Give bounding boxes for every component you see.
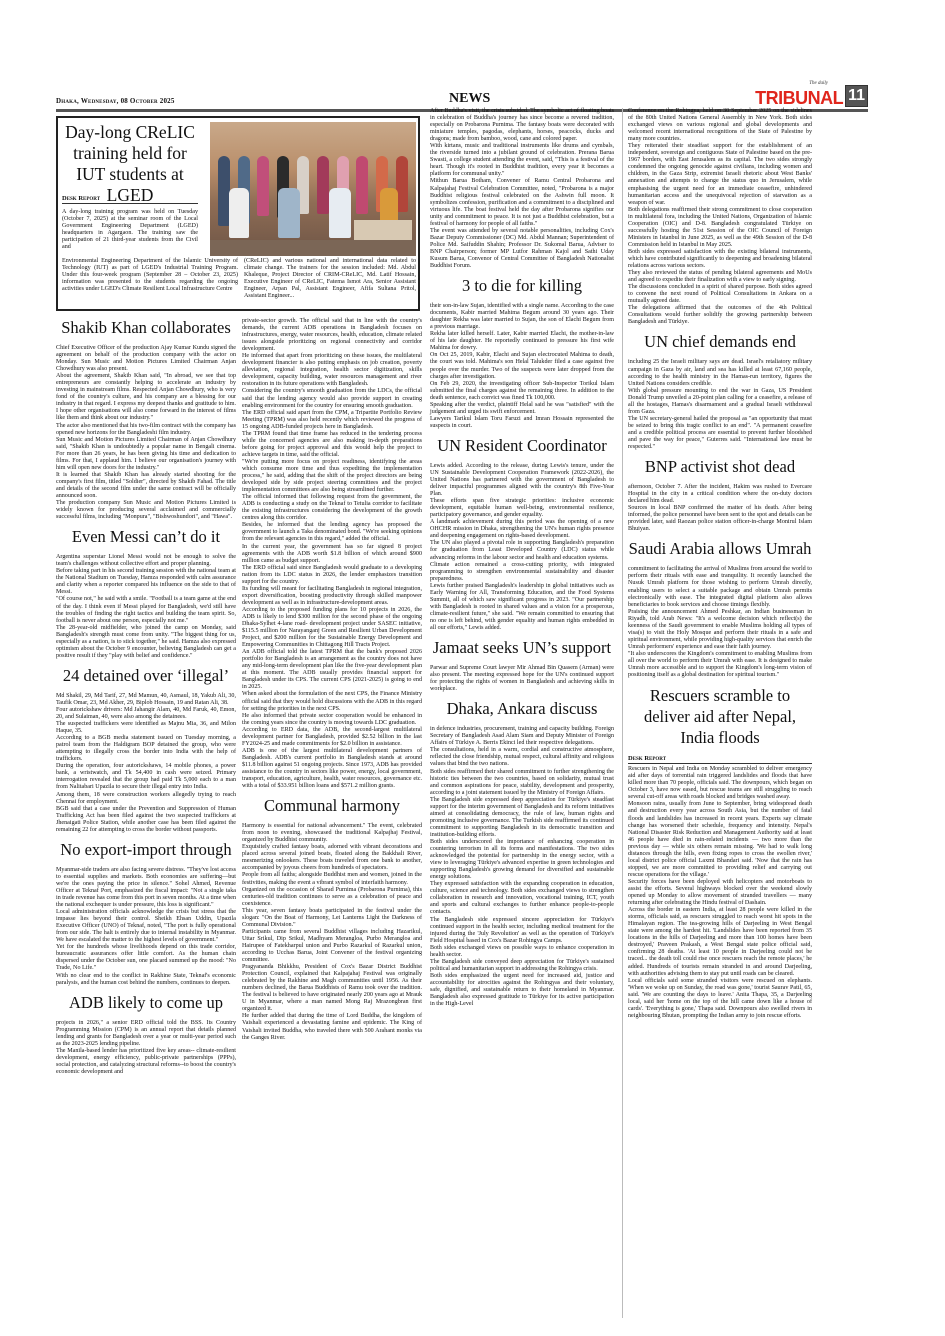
paragraph: The official informed that following req… (242, 494, 422, 522)
paragraph: Praising the announcement Ahmed Peshkar,… (628, 609, 812, 651)
paragraph: Parwar and Supreme Court lawyer Mir Ahma… (430, 665, 614, 693)
paragraph: Local officials said some stranded visit… (628, 978, 812, 1020)
paragraph: On Feb 29, 2020, the investigating offic… (430, 381, 614, 402)
paragraph: The UN also played a pivotal role in sup… (430, 540, 614, 561)
paragraph: The Bangladesh side expressed sincere ap… (430, 917, 614, 945)
paragraph: Both sides underscored the importance of… (430, 839, 614, 881)
paragraph: The Manila-based lender has prioritized … (56, 1048, 236, 1076)
paragraph: Across the border in eastern India, at l… (628, 907, 812, 977)
paragraph: their son-in-law Sujan, identified with … (430, 303, 614, 331)
paragraph: Both sides expressed satisfaction with t… (628, 249, 812, 270)
paragraph: Pragyananda Bhikkhu, President of Cox's … (242, 964, 422, 1013)
paragraph: Both sides reaffirmed their shared commi… (430, 769, 614, 797)
paragraph: The delegations affirmed that the outcom… (628, 305, 812, 326)
paragraph: The UN secretary-general hailed the prop… (628, 416, 812, 451)
paragraph: Exquisitely crafted fantasy boats, adorn… (242, 844, 422, 872)
paragraph: Chief Executive Officer of the productio… (56, 345, 236, 373)
paragraph: He informed that apart from prioritizing… (242, 353, 422, 388)
paragraph: When asked about the formulation of the … (242, 691, 422, 712)
column-2: private-sector growth. The official said… (242, 318, 422, 1042)
tribunal-logo: The daily TRIBUNAL 11 (755, 85, 868, 107)
paragraph: Rekha later killed herself. Later, Kabir… (430, 331, 614, 352)
newspaper-page: Dhaka, Wednesday, 08 October 2025 NEWS T… (56, 86, 868, 112)
paragraph: Organized on the occasion of Sharad Purn… (242, 887, 422, 908)
feature-article-crelic: Day-long CReLIC training held for IUT st… (56, 116, 420, 311)
paragraph: In the current year, the government has … (242, 544, 422, 565)
feature-photo (210, 122, 416, 256)
paragraph: Before taking part in his second trainin… (56, 568, 236, 596)
paragraph: BGB said that a case under the Preventio… (56, 806, 236, 834)
feature-body-bottom-right: (CReLIC) and various national and intern… (244, 258, 416, 300)
paragraph: Sources in local BNP confirmed the matte… (628, 505, 812, 533)
headline-adb: ADB likely to come up (56, 993, 236, 1013)
section-title: NEWS (449, 91, 490, 107)
column-1: Shakib Khan collaborates Chief Executive… (56, 316, 236, 1076)
feature-byline: Desk Report (62, 195, 198, 204)
paragraph: The event was attended by several notabl… (430, 228, 614, 270)
logo-wordmark: TRIBUNAL (755, 89, 843, 107)
paragraph: Considering the country's smooth graduat… (242, 388, 422, 409)
feature-headline: Day-long CReLIC training held for IUT st… (62, 122, 198, 206)
paragraph: The suspected traffickers were identifie… (56, 721, 236, 735)
paragraph: They also reviewed the status of pending… (628, 270, 812, 284)
paragraph: projects in 2026," a senior ERD official… (56, 1020, 236, 1048)
paragraph: commitment to facilitating the arrival o… (628, 566, 812, 608)
paragraph: According to a BGB media statement issue… (56, 735, 236, 763)
paragraph: The Bangladesh side expressed deep appre… (430, 797, 614, 839)
page-number: 11 (845, 85, 868, 107)
paragraph: "We're putting more focus on project rea… (242, 459, 422, 494)
paragraph: private-sector growth. The official said… (242, 318, 422, 353)
headline-messi: Even Messi can’t do it (56, 527, 236, 547)
paragraph: About the agreement, Shakib Khan said, "… (56, 373, 236, 422)
paragraph: "It also underscores the Kingdom's commi… (628, 651, 812, 679)
paragraph: Conference on the Rohingya, held on 30 S… (628, 108, 812, 143)
paragraph: Security forces have been deployed with … (628, 879, 812, 907)
feature-body-bottom-left: Environmental Engineering Department of … (62, 258, 238, 293)
paragraph: The 28-year-old midfielder, who joined t… (56, 625, 236, 660)
paragraph: Both delegations reaffirmed their strong… (628, 207, 812, 249)
paragraph: Speaking after the verdict, plaintiff He… (430, 402, 614, 416)
headline-harmony: Communal harmony (242, 796, 422, 816)
paragraph: Climate action remained a cross-cutting … (430, 562, 614, 583)
paragraph: People from all faiths; alongside Buddhi… (242, 872, 422, 886)
paragraph: Sun Music and Motion Pictures Limited Ch… (56, 437, 236, 472)
paragraph: Mithun Barua Botham, Convener of Ramu Ce… (430, 178, 614, 227)
floods-byline: Desk Report (628, 755, 812, 764)
headline-umrah: Saudi Arabia allows Umrah (628, 539, 812, 559)
paragraph: He further added that during the time of… (242, 1013, 422, 1041)
paragraph: ADB is one of the largest multilateral d… (242, 748, 422, 790)
paragraph: Local administration officials acknowled… (56, 909, 236, 944)
logo-tagline: The daily (809, 81, 828, 86)
paragraph: afternoon, October 7. After the incident… (628, 484, 812, 505)
paragraph: Four autorickshaw drivers: Md Jahangir A… (56, 707, 236, 721)
paragraph: They expressed satisfaction with the exp… (430, 881, 614, 916)
column-divider (622, 108, 623, 1318)
paragraph: With no clear end to the conflict in Rak… (56, 973, 236, 987)
paragraph: After Buddha's visit, the crisis subside… (430, 108, 614, 143)
headline-shakib: Shakib Khan collaborates (56, 318, 236, 338)
paragraph: With global pressure mounting to end the… (628, 388, 812, 416)
paragraph: "Of course not," he said with a smile. "… (56, 596, 236, 624)
headline-jamaat: Jamaat seeks UN’s support (430, 638, 614, 658)
feature-body-top: A day-long training program was held on … (62, 209, 198, 251)
headline-bnp: BNP activist shot dead (628, 457, 812, 477)
paragraph: Both sides exchanged views on possible w… (430, 945, 614, 959)
paragraph: They reiterated their steadfast support … (628, 143, 812, 206)
paragraph: The discussions concluded in a spirit of… (628, 284, 812, 305)
paragraph: The Bangladesh side conveyed deep apprec… (430, 959, 614, 973)
paragraph: in defence industries, procurement, trai… (430, 726, 614, 747)
headline-floods: Rescuers scramble to deliver aid after N… (628, 685, 812, 748)
paragraph: The production company Sun Music and Mot… (56, 500, 236, 521)
paragraph: The consultations, held in a warm, cordi… (430, 747, 614, 768)
paragraph: A landmark achievement during this perio… (430, 519, 614, 540)
headline-detained: 24 detained over ‘illegal’ (56, 666, 236, 686)
paragraph: Participants came from several Buddhist … (242, 929, 422, 964)
paragraph: During the operation, four autorickshaws… (56, 763, 236, 791)
paragraph: Rescuers in Nepal and India on Monday sc… (628, 766, 812, 801)
headline-killing: 3 to die for killing (430, 276, 614, 296)
paragraph: The TPRM found that time frame has reduc… (242, 431, 422, 459)
paragraph: Myanmar-side traders are also facing sev… (56, 867, 236, 909)
column-4: Conference on the Rohingya, held on 30 S… (628, 108, 812, 1020)
paragraph: Lawyers Tarikul Islam Toru Faruzi and Im… (430, 416, 614, 430)
paragraph: Among them, 18 were construction workers… (56, 792, 236, 806)
paragraph: Harmony is essential for national advanc… (242, 823, 422, 844)
paragraph: With kirtans, music and traditional inst… (430, 143, 614, 178)
paragraph: Its funding will meant for facilitating … (242, 586, 422, 607)
paragraph: Lewis added. According to the release, d… (430, 463, 614, 498)
paragraph: Lewis further praised Bangladesh's leade… (430, 583, 614, 632)
paragraph: The actor also mentioned that his two-fi… (56, 423, 236, 437)
paragraph: These efforts span five strategic priori… (430, 498, 614, 519)
paragraph: According to ERD data, the ADB, the seco… (242, 727, 422, 748)
headline-export: No export-import through (56, 840, 236, 860)
headline-un-chief: UN chief demands end (628, 332, 812, 352)
paragraph: Besides, he informed that the lending ag… (242, 522, 422, 543)
paragraph: Both sides emphasized the urgent need fo… (430, 973, 614, 1008)
dateline: Dhaka, Wednesday, 08 October 2025 (56, 97, 175, 105)
headline-un-rc: UN Resident Coordinator (430, 436, 614, 456)
paragraph: This year, seven fantasy boats participa… (242, 908, 422, 929)
headline-dhaka-ankara: Dhaka, Ankara discuss (430, 699, 614, 719)
column-3: After Buddha's visit, the crisis subside… (430, 108, 614, 1008)
paragraph: Monsoon rains, usually from June to Sept… (628, 801, 812, 879)
paragraph: Yet for the hundreds whose livelihoods d… (56, 944, 236, 972)
paragraph: Md Shakil, 29, Md Tarif, 27, Md Mamun, 4… (56, 693, 236, 707)
paragraph: It is learned that Shakib Khan has alrea… (56, 472, 236, 500)
paragraph: including 25 the Israeli military says a… (628, 359, 812, 387)
paragraph: According to the proposed funding plans … (242, 607, 422, 649)
paragraph: The ERD official said since Bangladesh w… (242, 565, 422, 586)
paragraph: He also informed that private sector coo… (242, 713, 422, 727)
paragraph: An ADB official told the latest TPRM tha… (242, 649, 422, 691)
paragraph: Argentina superstar Lionel Messi would n… (56, 554, 236, 568)
paragraph: The ERD official said apart from the CPM… (242, 410, 422, 431)
paragraph: On Oct 25, 2019, Kabir, Elachi and Sujan… (430, 352, 614, 380)
